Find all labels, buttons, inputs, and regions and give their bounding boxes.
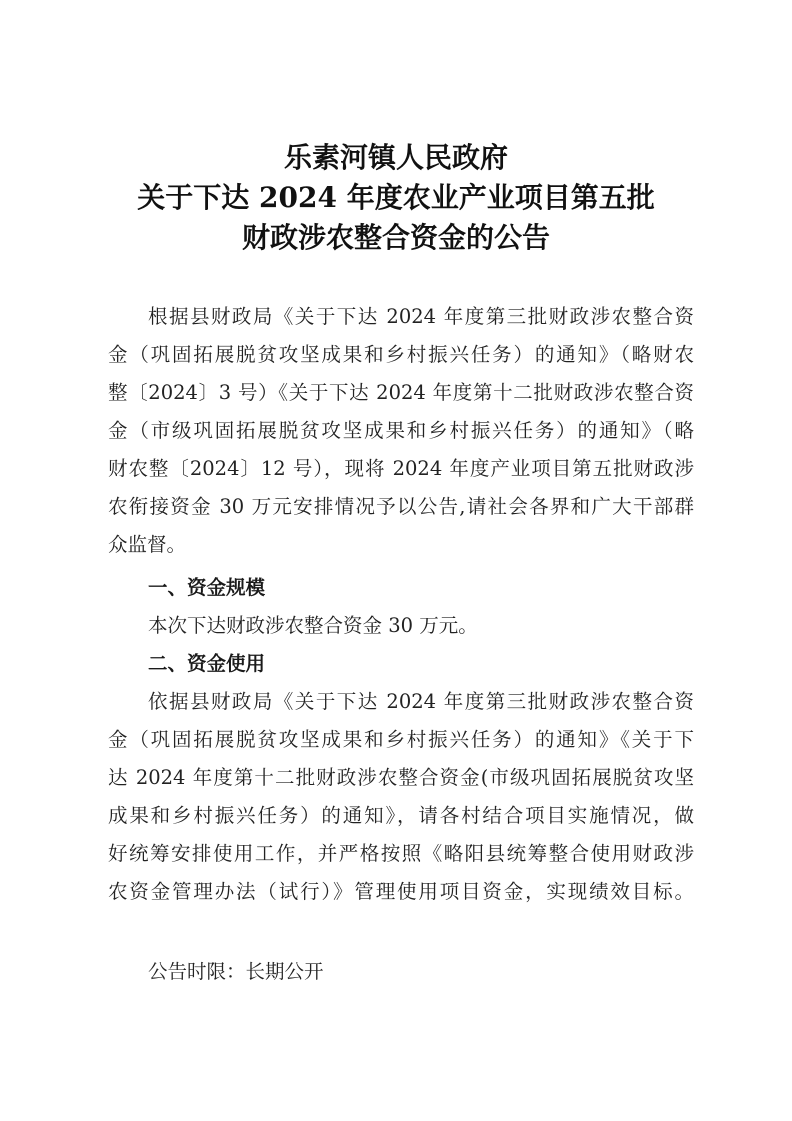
paragraph-line: 根据县财政局《关于下达 2024 年度第三批财政涉农整合资 — [148, 298, 694, 336]
section-heading-fund-use: 二、资金使用 — [148, 645, 265, 683]
paragraph-line: 农衔接资金 30 万元安排情况予以公告,请社会各界和广大干部群 — [108, 488, 694, 526]
paragraph-line: 达 2024 年度第十二批财政涉农整合资金(市级巩固拓展脱贫攻坚 — [108, 759, 694, 797]
paragraph-line: 金（巩固拓展脱贫攻坚成果和乡村振兴任务）的通知》《关于下 — [108, 721, 694, 759]
paragraph-line: 好统筹安排使用工作，并严格按照《略阳县统筹整合使用财政涉 — [108, 835, 694, 873]
paragraph-line: 金（市级巩固拓展脱贫攻坚成果和乡村振兴任务）的通知》（略 — [108, 412, 694, 450]
document-title: 乐素河镇人民政府 关于下达 2024 年度农业产业项目第五批 财政涉农整合资金的… — [0, 138, 792, 258]
title-line-subject: 关于下达 2024 年度农业产业项目第五批 — [0, 178, 792, 218]
title-line-subject-end: 财政涉农整合资金的公告 — [0, 218, 792, 258]
paragraph-line: 成果和乡村振兴任务）的通知》，请各村结合项目实施情况，做 — [108, 797, 694, 835]
notice-period: 公告时限：长期公开 — [148, 953, 324, 991]
section-heading-fund-scale: 一、资金规模 — [148, 569, 265, 607]
paragraph-line: 众监督。 — [108, 526, 186, 564]
paragraph-line: 整〔2024〕3 号）《关于下达 2024 年度第十二批财政涉农整合资 — [108, 374, 694, 412]
paragraph-line: 财农整〔2024〕12 号），现将 2024 年度产业项目第五批财政涉 — [108, 450, 694, 488]
section-text-fund-scale: 本次下达财政涉农整合资金 30 万元。 — [148, 607, 694, 645]
paragraph-line: 金（巩固拓展脱贫攻坚成果和乡村振兴任务）的通知》（略财农 — [108, 336, 694, 374]
document-page: 乐素河镇人民政府 关于下达 2024 年度农业产业项目第五批 财政涉农整合资金的… — [0, 0, 792, 1121]
paragraph-line: 依据县财政局《关于下达 2024 年度第三批财政涉农整合资 — [148, 683, 694, 721]
paragraph-line: 农资金管理办法（试行）》管理使用项目资金，实现绩效目标。 — [108, 873, 694, 911]
title-line-issuer: 乐素河镇人民政府 — [0, 138, 792, 178]
